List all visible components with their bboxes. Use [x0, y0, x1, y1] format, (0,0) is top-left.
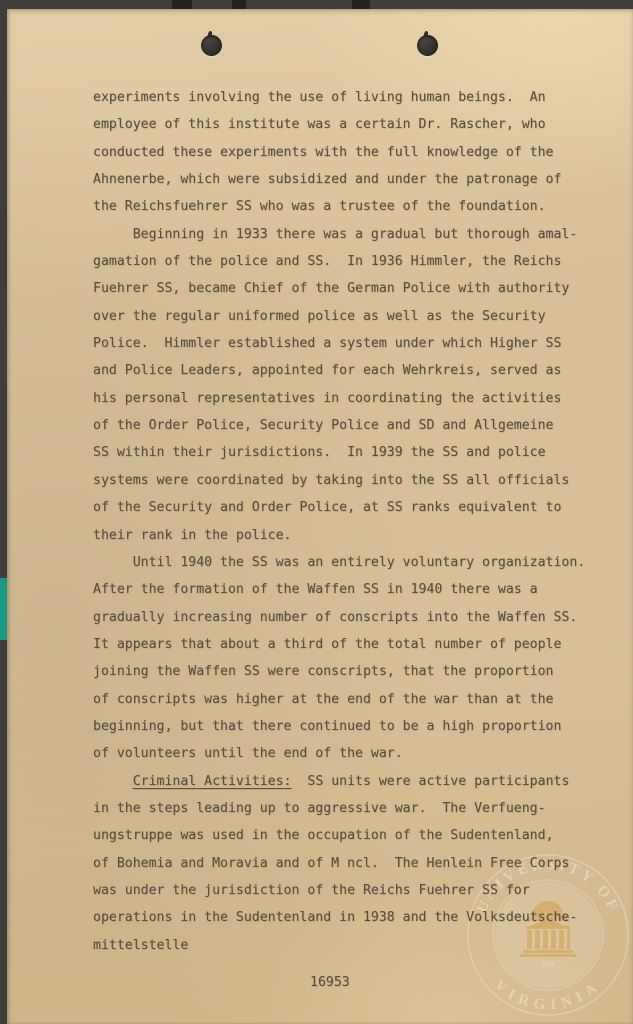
- text-line: of the Security and Order Police, at SS …: [93, 494, 613, 521]
- text-line: Police. Himmler established a system und…: [93, 330, 613, 357]
- text-line: Until 1940 the SS was an entirely volunt…: [93, 549, 613, 576]
- text-line: experiments involving the use of living …: [93, 84, 613, 111]
- text-line: of conscripts was higher at the end of t…: [93, 686, 613, 713]
- teal-edge-mark: [0, 578, 7, 640]
- text-line: employee of this institute was a certain…: [93, 111, 613, 138]
- text-line: his personal representatives in coordina…: [93, 385, 613, 412]
- text-line: operations in the Sudentenland in 1938 a…: [93, 904, 613, 931]
- text-line: of volunteers until the end of the war.: [93, 740, 613, 767]
- text-line: After the formation of the Waffen SS in …: [93, 576, 613, 603]
- text-line: conducted these experiments with the ful…: [93, 139, 613, 166]
- text-line: beginning, but that there continued to b…: [93, 713, 613, 740]
- watermark-year: 1819: [541, 960, 556, 968]
- text-line: and Police Leaders, appointed for each W…: [93, 357, 613, 384]
- text-line: in the steps leading up to aggressive wa…: [93, 795, 613, 822]
- document-page: UNIVERSITY OF VIRGINIA 1819: [7, 9, 633, 1024]
- text-line: Ahnenerbe, which were subsidized and und…: [93, 166, 613, 193]
- text-line: of the Order Police, Security Police and…: [93, 412, 613, 439]
- text-line: their rank in the police.: [93, 522, 613, 549]
- text-line: SS within their jurisdictions. In 1939 t…: [93, 439, 613, 466]
- text-line: systems were coordinated by taking into …: [93, 467, 613, 494]
- text-line: Criminal Activities: SS units were activ…: [93, 768, 613, 795]
- text-line: joining the Waffen SS were conscripts, t…: [93, 658, 613, 685]
- scanned-document: UNIVERSITY OF VIRGINIA 1819: [0, 0, 633, 1024]
- text-line: Beginning in 1933 there was a gradual bu…: [93, 221, 613, 248]
- text-line: over the regular uniformed police as wel…: [93, 303, 613, 330]
- text-line: mittelstelle: [93, 932, 613, 959]
- text-line: Fuehrer SS, became Chief of the German P…: [93, 275, 613, 302]
- page-number: 16953: [310, 975, 350, 990]
- text-line: the Reichsfuehrer SS who was a trustee o…: [93, 193, 613, 220]
- text-line: gradually increasing number of conscript…: [93, 604, 613, 631]
- punch-hole-right: [417, 35, 438, 56]
- text-line: gamation of the police and SS. In 1936 H…: [93, 248, 613, 275]
- text-line: of Bohemia and Moravia and of M ncl. The…: [93, 850, 613, 877]
- text-line: was under the jurisdiction of the Reichs…: [93, 877, 613, 904]
- underlined-heading: Criminal Activities:: [133, 774, 292, 789]
- text-line: ungstruppe was used in the occupation of…: [93, 822, 613, 849]
- punch-hole-left: [201, 35, 222, 56]
- typewritten-text: experiments involving the use of living …: [93, 84, 613, 959]
- text-line: It appears that about a third of the tot…: [93, 631, 613, 658]
